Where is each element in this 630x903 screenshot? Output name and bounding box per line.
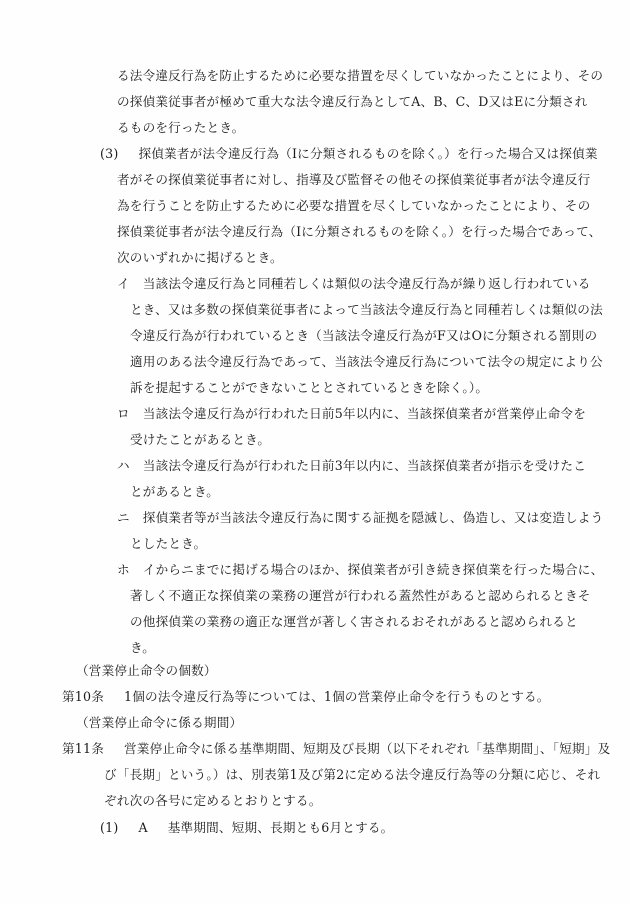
item-text: 探偵業者が法令違反行為（Iに分類されるものを除く。）を行った場合又は探偵業 xyxy=(138,146,597,161)
subitem-text: イからニまでに掲げる場合のほか、探偵業者が引き続き探偵業を行った場合に、 xyxy=(143,562,604,577)
article-text: 1個の法令違反行為等については、1個の営業停止命令を行うものとする。 xyxy=(124,689,550,704)
subitem-marker: ハ xyxy=(117,458,130,473)
article-11-item-1: (1)A基準期間、短期、長期とも6月とする。 xyxy=(100,820,393,836)
article-11-first-line: 第11条営業停止命令に係る基準期間、短期及び長期（以下それぞれ「基準期間」、「短… xyxy=(62,741,610,757)
paragraph-line: 為を行うことを防止するために必要な措置を尽くしていなかったことにより、その xyxy=(117,198,590,214)
item-label: A xyxy=(138,820,147,835)
paragraph-line: び「長期」という。）は、別表第1及び第2に定める法令違反行為等の分類に応じ、それ xyxy=(104,767,600,783)
document-page: る法令違反行為を防止するために必要な措置を尽くしていなかったことにより、その の… xyxy=(0,0,630,903)
subitem-ni-first-line: ニ探偵業者等が当該法令違反行為に関する証拠を隠滅し、偽造し、又は変造しよう xyxy=(117,510,603,526)
item-text: 基準期間、短期、長期とも6月とする。 xyxy=(168,820,394,835)
subitem-marker: ニ xyxy=(117,510,130,525)
paragraph-line: 著しく不適正な探偵業の業務の運営が行われる蓋然性があると認められるときそ xyxy=(130,588,591,604)
paragraph-line: 令違反行為が行われているとき（当該法令違反行為がF又はOに分類される罰則の xyxy=(130,328,597,344)
paragraph-line: とがあるとき。 xyxy=(130,484,219,500)
paragraph-line: の他探偵業の業務の適正な運営が著しく害されるおそれがあると認められると xyxy=(130,614,578,630)
subitem-marker: イ xyxy=(117,276,130,291)
article-text: 営業停止命令に係る基準期間、短期及び長期（以下それぞれ「基準期間」、「短期」及 xyxy=(124,741,610,756)
subitem-ro-first-line: ロ当該法令違反行為が行われた日前5年以内に、当該探偵業者が営業停止命令を xyxy=(117,406,586,422)
article-11-heading: （営業停止命令に係る期間） xyxy=(76,715,242,731)
subitem-text: 当該法令違反行為が行われた日前3年以内に、当該探偵業者が指示を受けたこ xyxy=(143,458,586,473)
paragraph-line: の探偵業従事者が極めて重大な法令違反行為としてA、B、C、D又はEに分類され xyxy=(117,94,587,110)
paragraph-line: き。 xyxy=(130,640,155,656)
paragraph-line: としたとき。 xyxy=(130,536,206,552)
subitem-marker: ロ xyxy=(117,406,130,421)
paragraph-line: ぞれ次の各号に定めるとおりとする。 xyxy=(104,793,322,809)
article-10-heading: （営業停止命令の個数） xyxy=(76,663,217,679)
item-marker: (1) xyxy=(100,820,118,835)
subitem-text: 当該法令違反行為と同種若しくは類似の法令違反行為が繰り返し行われている xyxy=(143,276,591,291)
subitem-ho-first-line: ホイからニまでに掲げる場合のほか、探偵業者が引き続き探偵業を行った場合に、 xyxy=(117,562,603,578)
paragraph-line: 探偵業従事者が法令違反行為（Iに分類されるものを除く。）を行った場合であって、 xyxy=(117,224,601,240)
paragraph-line: とき、又は多数の探偵業従事者によって当該法令違反行為と同種若しくは類似の法 xyxy=(130,302,603,318)
item-marker: (3) xyxy=(100,146,118,161)
subitem-i-first-line: イ当該法令違反行為と同種若しくは類似の法令違反行為が繰り返し行われている xyxy=(117,276,591,292)
paragraph-line: 訴を提起することができないこととされているときを除く。）。 xyxy=(130,380,488,396)
paragraph-line: る法令違反行為を防止するために必要な措置を尽くしていなかったことにより、その xyxy=(117,68,603,84)
article-number: 第11条 xyxy=(62,741,104,756)
paragraph-line: るものを行ったとき。 xyxy=(117,120,244,136)
subitem-ha-first-line: ハ当該法令違反行為が行われた日前3年以内に、当該探偵業者が指示を受けたこ xyxy=(117,458,586,474)
item-3-first-line: (3)探偵業者が法令違反行為（Iに分類されるものを除く。）を行った場合又は探偵業 xyxy=(100,146,598,162)
subitem-marker: ホ xyxy=(117,562,130,577)
article-10-body: 第10条1個の法令違反行為等については、1個の営業停止命令を行うものとする。 xyxy=(62,689,550,705)
subitem-text: 探偵業者等が当該法令違反行為に関する証拠を隠滅し、偽造し、又は変造しよう xyxy=(143,510,604,525)
paragraph-line: 者がその探偵業従事者に対し、指導及び監督その他その探偵業従事者が法令違反行 xyxy=(117,172,590,188)
paragraph-line: 受けたことがあるとき。 xyxy=(130,432,270,448)
article-number: 第10条 xyxy=(62,689,104,704)
paragraph-line: 適用のある法令違反行為であって、当該法令違反行為について法令の規定により公 xyxy=(130,354,603,370)
subitem-text: 当該法令違反行為が行われた日前5年以内に、当該探偵業者が営業停止命令を xyxy=(143,406,586,421)
paragraph-line: 次のいずれかに掲げるとき。 xyxy=(117,250,283,266)
